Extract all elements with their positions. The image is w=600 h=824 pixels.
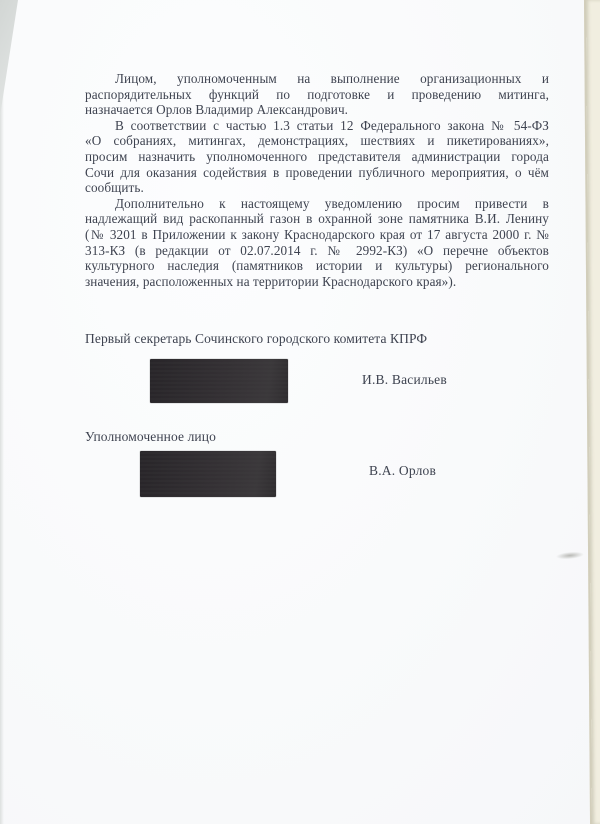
redacted-signature-block [140, 451, 276, 497]
scan-right-edge [584, 0, 600, 824]
scan-smudge-artifact [556, 551, 585, 560]
signer-title-authorized-person: Уполномоченное лицо [85, 429, 216, 445]
text-line: распорядительных функций по подготовке и… [85, 87, 549, 103]
text-line: культурного наследия (памятников истории… [85, 258, 549, 274]
text-line: сообщить. [85, 180, 549, 196]
redacted-signature-block [150, 359, 288, 403]
text-line: просим назначить уполномоченного предста… [85, 149, 549, 165]
document-body: Лицом, уполномоченным на выполнение орга… [85, 71, 549, 289]
scanned-letter-page: Лицом, уполномоченным на выполнение орга… [0, 0, 600, 824]
text-line: В соответствии с частью 1.3 статьи 12 Фе… [85, 118, 549, 134]
text-line: «О собраниях, митингах, демонстрациях, ш… [85, 133, 549, 149]
text-line: Лицом, уполномоченным на выполнение орга… [85, 71, 549, 87]
text-line: назначается Орлов Владимир Александрович… [85, 102, 549, 118]
scan-left-edge [0, 0, 4, 824]
signer-name-orlov: В.А. Орлов [369, 463, 436, 479]
text-line: надлежащий вид раскопанный газон в охран… [85, 211, 549, 227]
scan-top-left-corner [0, 0, 18, 116]
text-line: 313-КЗ (в редакции от 02.07.2014 г. № 29… [85, 243, 549, 259]
text-line: (№ 3201 в Приложении к закону Краснодарс… [85, 227, 549, 243]
text-line: значения, расположенных на территории Кр… [85, 274, 549, 290]
signer-name-vasilev: И.В. Васильев [362, 372, 447, 388]
text-line: Сочи для оказания содействия в проведени… [85, 165, 549, 181]
text-line: Дополнительно к настоящему уведомлению п… [85, 196, 549, 212]
signer-title-first-secretary: Первый секретарь Сочинского городского к… [85, 331, 427, 347]
